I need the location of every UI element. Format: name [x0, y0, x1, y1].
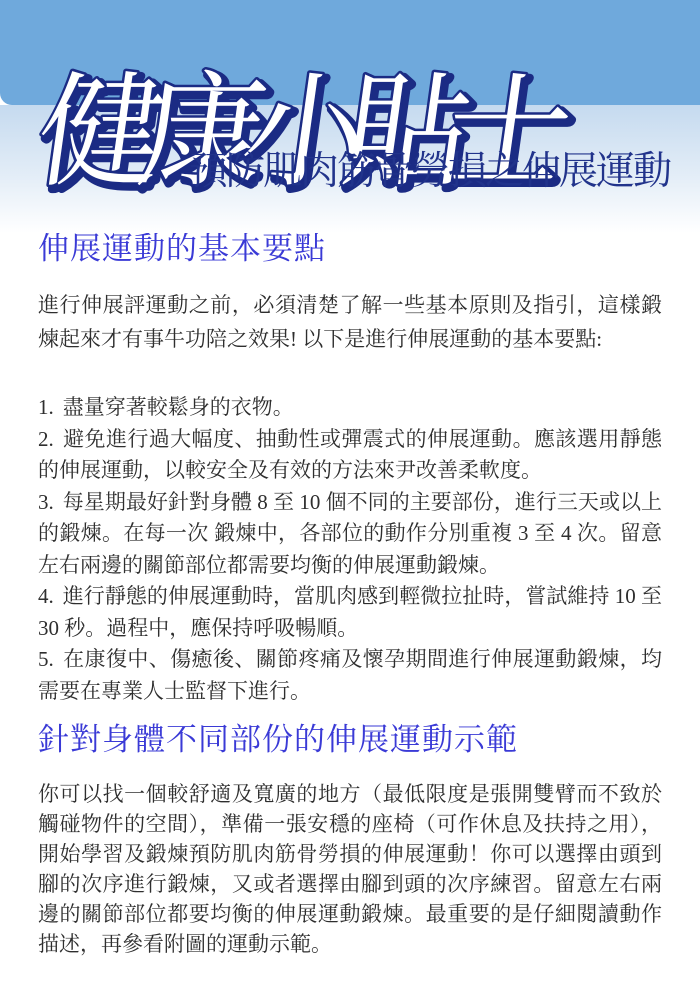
tips-list: 1.盡量穿著較鬆身的衣物。 2.避免進行過大幅度、抽動性或彈震式的伸展運動。應該… — [38, 392, 662, 707]
item-number: 3. — [38, 490, 54, 514]
item-number: 4. — [38, 584, 54, 608]
section2-heading: 針對身體不同部份的伸展運動示範 — [38, 721, 662, 759]
section1-heading: 伸展運動的基本要點 — [38, 230, 662, 268]
item-number: 1. — [38, 395, 54, 419]
header-banner: 健康小貼士 健康小貼士 預防肌肉筋骨勞損之伸展運動 — [0, 0, 700, 230]
item-number: 5. — [38, 647, 54, 671]
list-item-1: 1.盡量穿著較鬆身的衣物。 — [38, 392, 662, 424]
list-item-5: 5.在康復中、傷癒後、關節疼痛及懷孕期間進行伸展運動鍛煉，均需要在專業人士監督下… — [38, 644, 662, 707]
item-text: 盡量穿著較鬆身的衣物。 — [63, 395, 294, 419]
list-item-4: 4.進行靜態的伸展運動時，當肌肉感到輕微拉扯時，嘗試維持 10 至 30 秒。過… — [38, 581, 662, 644]
list-item-2: 2.避免進行過大幅度、抽動性或彈震式的伸展運動。應該選用靜態的伸展運動，以較安全… — [38, 424, 662, 487]
list-item-3: 3.每星期最好針對身體 8 至 10 個不同的主要部份，進行三天或以上的鍛煉。在… — [38, 487, 662, 582]
item-text: 在康復中、傷癒後、關節疼痛及懷孕期間進行伸展運動鍛煉，均需要在專業人士監督下進行… — [38, 647, 662, 703]
section2-body: 你可以找一個較舒適及寬廣的地方（最低限度是張開雙臂而不致於觸碰物件的空間），準備… — [38, 779, 662, 959]
document-page: 健康小貼士 健康小貼士 預防肌肉筋骨勞損之伸展運動 伸展運動的基本要點 進行伸展… — [0, 0, 700, 990]
item-text: 進行靜態的伸展運動時，當肌肉感到輕微拉扯時，嘗試維持 10 至 30 秒。過程中… — [38, 584, 662, 640]
section1-intro: 進行伸展評運動之前，必須清楚了解一些基本原則及指引，這樣鍛煉起來才有事牛功陪之效… — [38, 288, 662, 356]
item-text: 每星期最好針對身體 8 至 10 個不同的主要部份，進行三天或以上的鍛煉。在每一… — [38, 490, 662, 577]
subtitle: 預防肌肉筋骨勞損之伸展運動 — [189, 146, 670, 198]
item-number: 2. — [38, 427, 54, 451]
document-body: 伸展運動的基本要點 進行伸展評運動之前，必須清楚了解一些基本原則及指引，這樣鍛煉… — [0, 230, 700, 959]
item-text: 避免進行過大幅度、抽動性或彈震式的伸展運動。應該選用靜態的伸展運動，以較安全及有… — [38, 427, 662, 483]
